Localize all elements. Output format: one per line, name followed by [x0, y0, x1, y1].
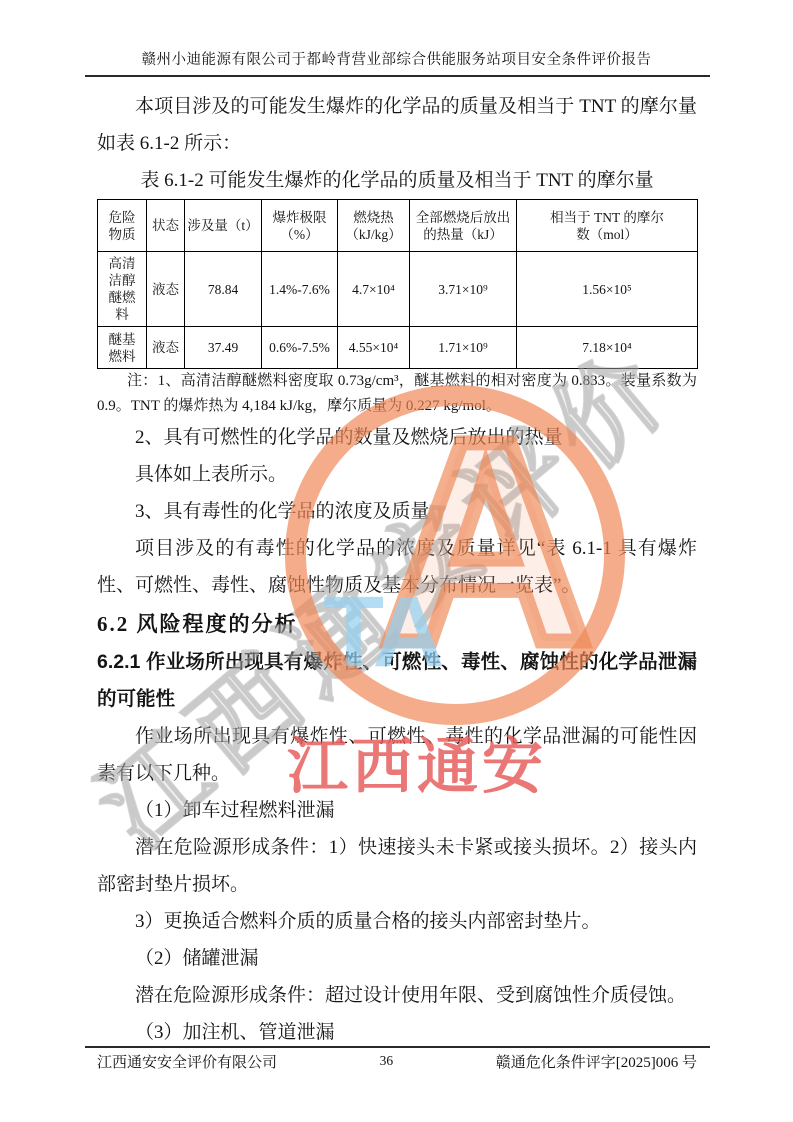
cell-tnt-moles: 7.18×10⁴: [517, 327, 698, 369]
paragraph-cause1-conditions: 潜在危险源形成条件：1）快速接头未卡紧或接头损坏。2）接头内部密封垫片损坏。: [97, 829, 697, 903]
cell-explosive-limit: 1.4%-7.6%: [262, 252, 338, 327]
footer-doc-number: 赣通危化条件评字[2025]006 号: [496, 1051, 697, 1072]
cell-total-heat: 3.71×10⁹: [410, 252, 517, 327]
page-header-title: 赣州小迪能源有限公司于都岭背营业部综合供能服务站项目安全条件评价报告: [0, 48, 793, 69]
page-footer: 江西通安安全评价有限公司 36 赣通危化条件评字[2025]006 号: [97, 1051, 697, 1072]
section-heading-6-2: 6.2 风险程度的分析: [97, 604, 697, 644]
cell-substance: 高清 洁醇 醚燃 料: [98, 252, 147, 327]
document-body: 本项目涉及的可能发生爆炸的化学品的质量及相当于 TNT 的摩尔量如表 6.1-2…: [97, 88, 697, 1051]
cell-amount: 37.49: [185, 327, 262, 369]
cell-combustion-heat: 4.7×10⁴: [338, 252, 410, 327]
col-header-substance: 危险 物质: [98, 200, 147, 252]
cell-state: 液态: [147, 252, 185, 327]
paragraph-possibility-intro: 作业场所出现具有爆炸性、可燃性、毒性的化学品泄漏的可能性因素有以下几种。: [97, 718, 697, 792]
paragraph-cause1-title: （1）卸车过程燃料泄漏: [97, 792, 697, 829]
report-page: 赣州小迪能源有限公司于都岭背营业部综合供能服务站项目安全条件评价报告 江西通安评…: [0, 0, 793, 1122]
paragraph-item2: 2、具有可燃性的化学品的数量及燃烧后放出的热量: [97, 419, 697, 456]
cell-tnt-moles: 1.56×10⁵: [517, 252, 698, 327]
paragraph-cause1-measure: 3）更换适合燃料介质的质量合格的接头内部密封垫片。: [97, 903, 697, 940]
paragraph-item3-detail: 项目涉及的有毒性的化学品的浓度及质量详见“表 6.1-1 具有爆炸性、可燃性、毒…: [97, 530, 697, 604]
footer-page-number: 36: [380, 1051, 394, 1069]
col-header-combustion-heat: 燃烧热 （kJ/kg）: [338, 200, 410, 252]
paragraph-cause2-conditions: 潜在危险源形成条件：超过设计使用年限、受到腐蚀性介质侵蚀。: [97, 977, 697, 1014]
cell-state: 液态: [147, 327, 185, 369]
explosive-chemicals-table: 危险 物质 状态 涉及量（t） 爆炸极限 （%） 燃烧热 （kJ/kg） 全部燃…: [97, 199, 698, 369]
cell-combustion-heat: 4.55×10⁴: [338, 327, 410, 369]
col-header-explosive-limit: 爆炸极限 （%）: [262, 200, 338, 252]
col-header-tnt-moles: 相当于 TNT 的摩尔 数（mol）: [517, 200, 698, 252]
cell-substance: 醚基 燃料: [98, 327, 147, 369]
section-heading-6-2-1: 6.2.1 作业场所出现具有爆炸性、可燃性、毒性、腐蚀性的化学品泄漏的可能性: [97, 644, 697, 718]
cell-amount: 78.84: [185, 252, 262, 327]
paragraph-item3: 3、具有毒性的化学品的浓度及质量: [97, 493, 697, 530]
cell-total-heat: 1.71×10⁹: [410, 327, 517, 369]
paragraph-intro: 本项目涉及的可能发生爆炸的化学品的质量及相当于 TNT 的摩尔量如表 6.1-2…: [97, 88, 697, 162]
table-note: 注：1、高清洁醇醚燃料密度取 0.73g/cm³，醚基燃料的相对密度为 0.83…: [97, 369, 697, 419]
col-header-state: 状态: [147, 200, 185, 252]
paragraph-item2-detail: 具体如上表所示。: [97, 456, 697, 493]
footer-divider: [85, 1046, 710, 1048]
table-row: 醚基 燃料 液态 37.49 0.6%-7.5% 4.55×10⁴ 1.71×1…: [98, 327, 698, 369]
col-header-amount: 涉及量（t）: [185, 200, 262, 252]
table-header-row: 危险 物质 状态 涉及量（t） 爆炸极限 （%） 燃烧热 （kJ/kg） 全部燃…: [98, 200, 698, 252]
footer-company: 江西通安安全评价有限公司: [97, 1051, 277, 1072]
table-caption: 表 6.1-2 可能发生爆炸的化学品的质量及相当于 TNT 的摩尔量: [97, 162, 697, 199]
cell-explosive-limit: 0.6%-7.5%: [262, 327, 338, 369]
paragraph-cause2-title: （2）储罐泄漏: [97, 940, 697, 977]
header-divider: [85, 75, 710, 77]
table-row: 高清 洁醇 醚燃 料 液态 78.84 1.4%-7.6% 4.7×10⁴ 3.…: [98, 252, 698, 327]
col-header-total-heat: 全部燃烧后放出 的热量（kJ）: [410, 200, 517, 252]
